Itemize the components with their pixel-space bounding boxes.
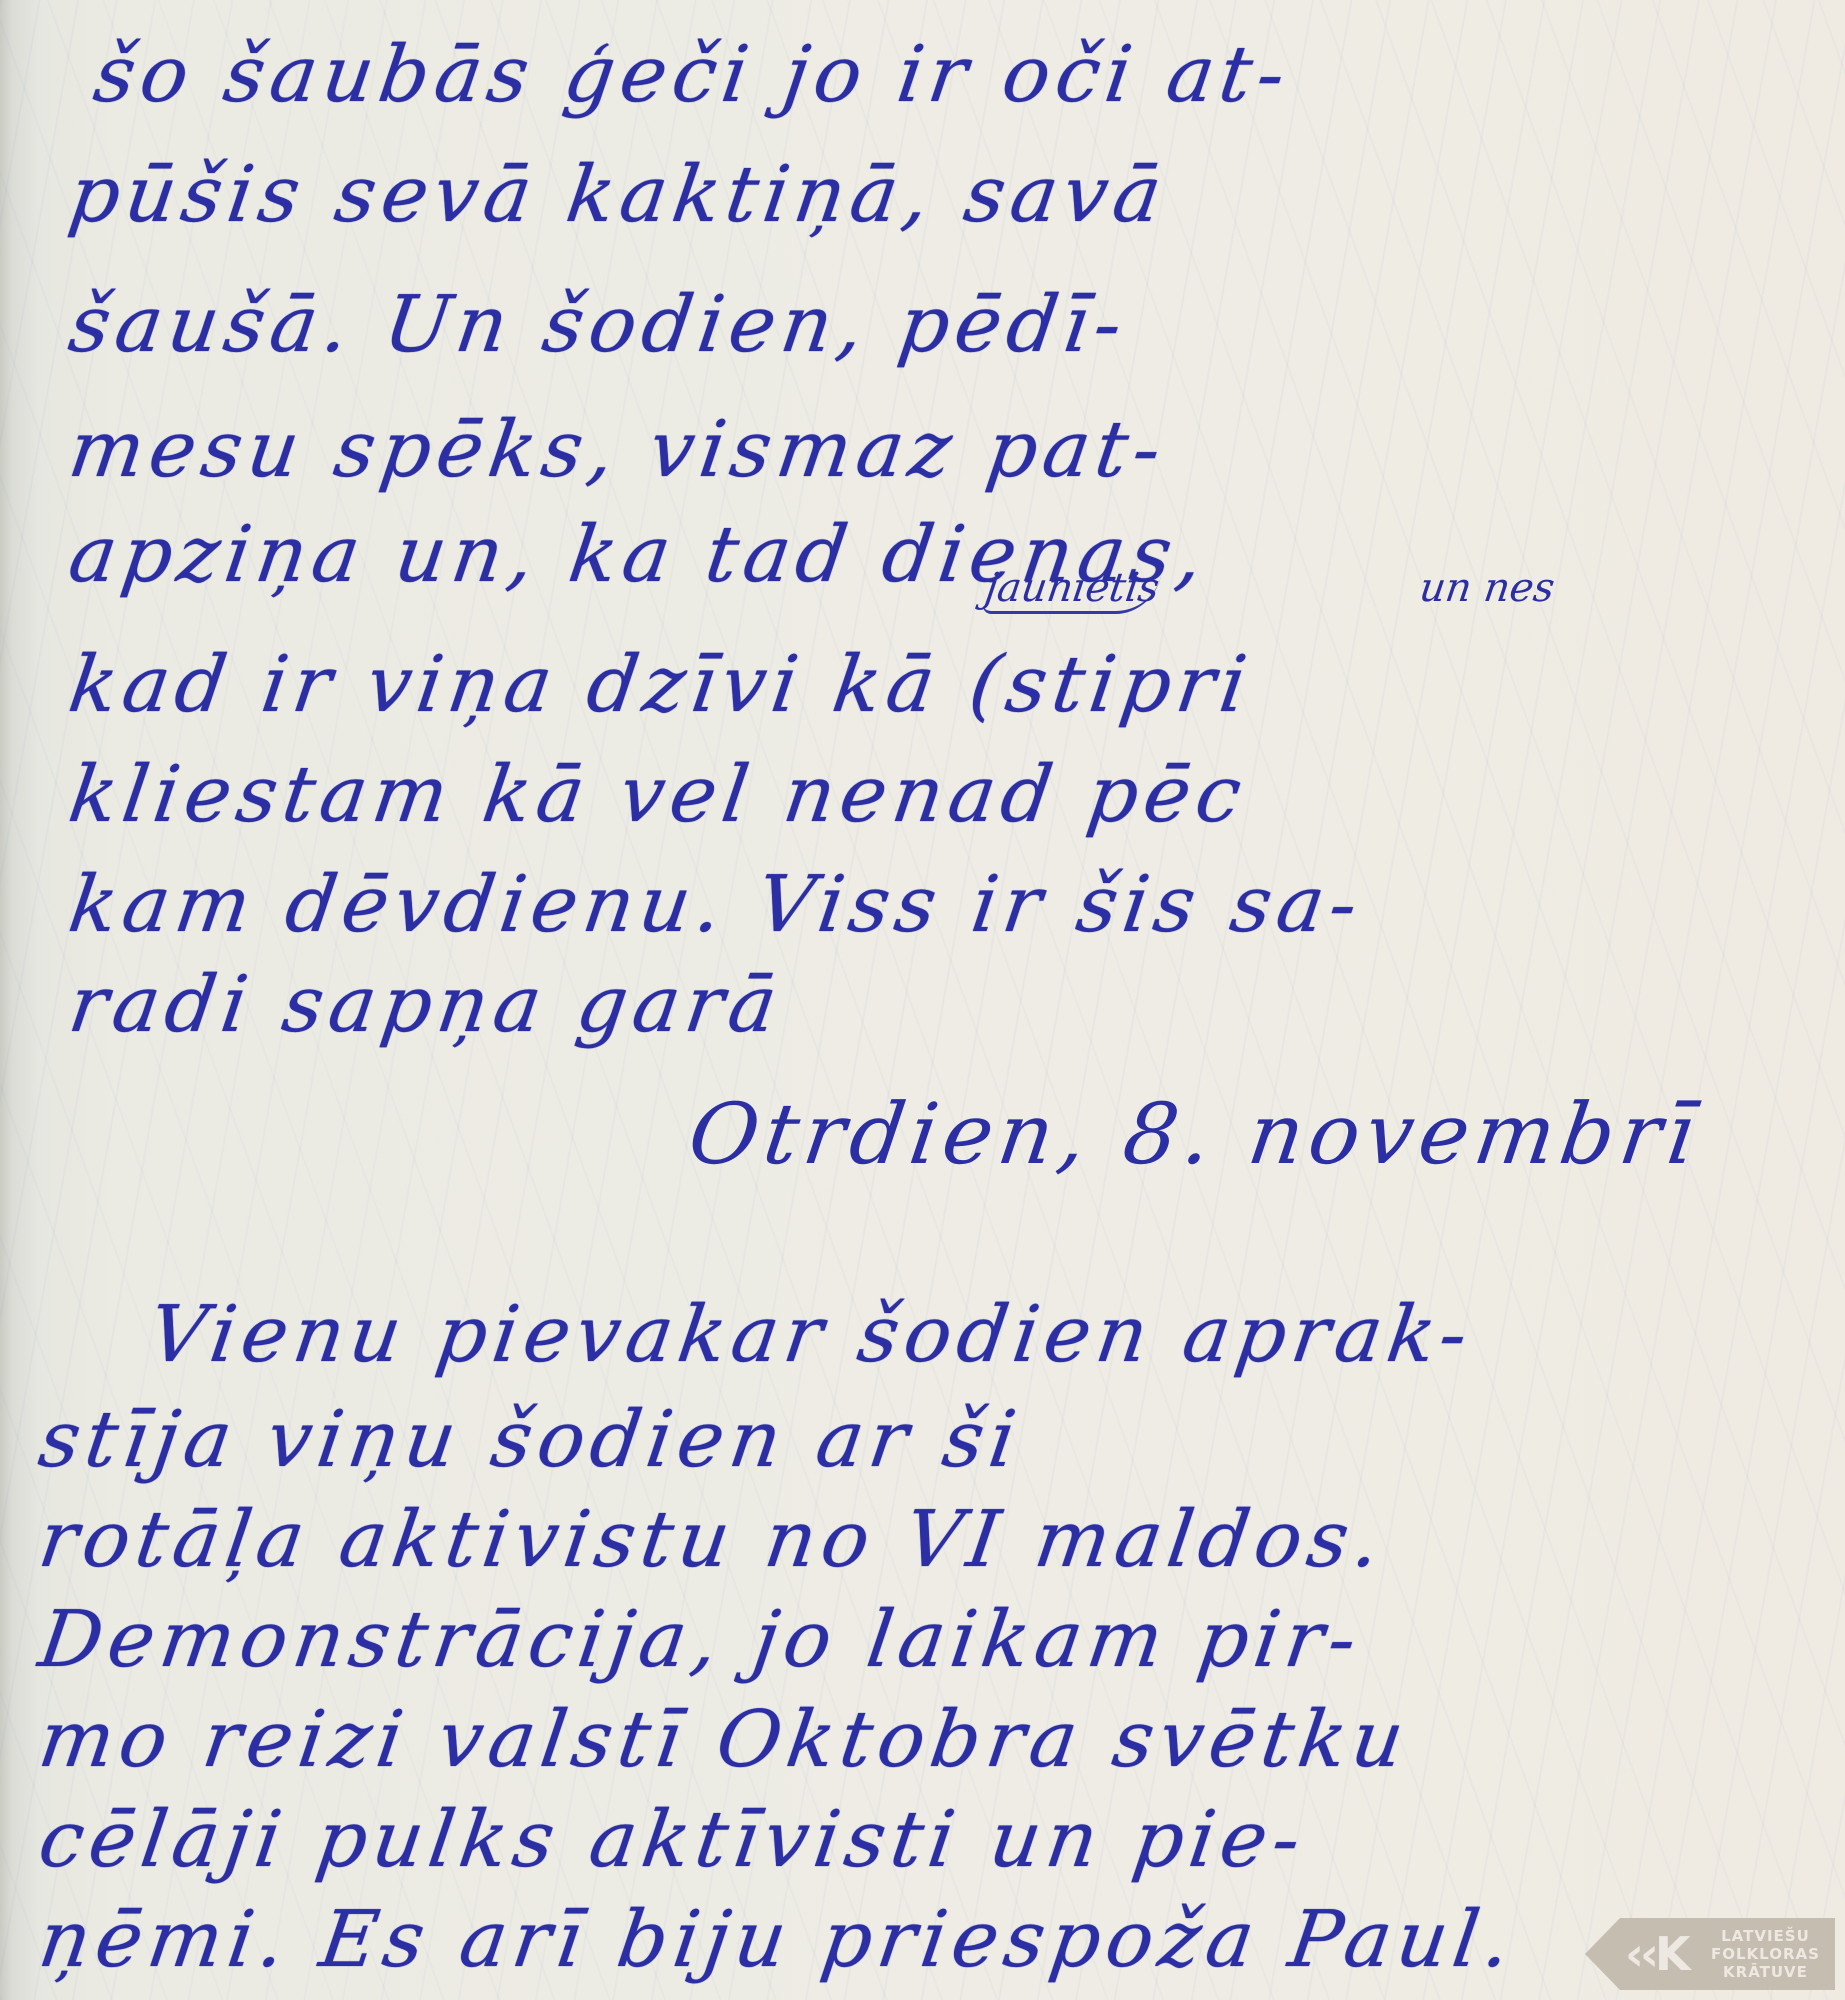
chevron-k-logo-icon: ‹‹K [1625, 1926, 1705, 1982]
logo-line-2: FOLKLORAS [1711, 1945, 1820, 1963]
handwritten-line-7: kliestam kā vel nenad pēc [64, 750, 1253, 840]
handwritten-line-1: šo šaubās ģeči jo ir oči at- [89, 30, 1297, 120]
logo-text: LATVIEŠU FOLKLORAS KRĀTUVE [1711, 1927, 1820, 1981]
folklore-archive-watermark-logo: ‹‹K LATVIEŠU FOLKLORAS KRĀTUVE [1585, 1918, 1835, 1990]
logo-line-1: LATVIEŠU [1721, 1927, 1810, 1945]
handwritten-line-10: Vienu pievakar šodien aprak- [144, 1290, 1479, 1380]
manuscript-page: šo šaubās ģeči jo ir oči at- pūšis sevā … [0, 0, 1845, 2000]
handwritten-line-4: mesu spēks, vismaz pat- [64, 405, 1172, 495]
handwritten-line-12: rotāļa aktivistu no VI maldos. [34, 1495, 1392, 1585]
handwritten-line-15: cēlāji pulks aktīvisti un pie- [34, 1795, 1312, 1885]
handwritten-line-13: Demonstrācija, jo laikam pir- [34, 1595, 1368, 1685]
handwritten-line-11: stīja viņu šodien ar ši [34, 1395, 1027, 1485]
logo-line-3: KRĀTUVE [1723, 1963, 1808, 1981]
interlinear-insertion: un nes [1417, 565, 1558, 611]
handwritten-line-9: radi sapņa garā [64, 960, 788, 1050]
handwritten-line-3: šaušā. Un šodien, pēdī- [64, 280, 1133, 370]
handwritten-line-6: kad ir viņa dzīvi kā (stipri [64, 640, 1258, 730]
handwritten-line-2: pūšis sevā kaktiņā, savā [64, 150, 1173, 240]
date-heading: Otrdien, 8. novembrī [683, 1085, 1707, 1183]
handwritten-line-8: kam dēvdienu. Viss ir šis sa- [64, 860, 1369, 950]
handwritten-line-14: mo reizi valstī Oktobra svētku [34, 1695, 1415, 1785]
handwritten-line-16: ņēmi. Es arī biju priespoža Paul. [34, 1895, 1522, 1985]
interlinear-insertion-underlined: jaunietis [982, 565, 1163, 614]
